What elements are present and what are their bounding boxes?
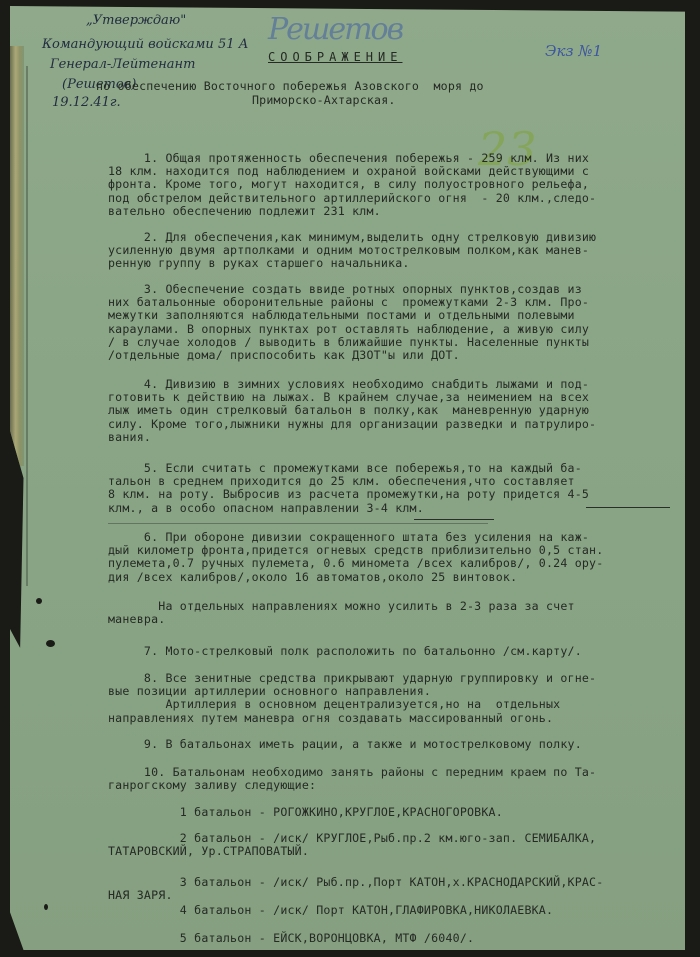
- paragraph-line: 7. Мото-стрелковый полк расположить по б…: [108, 645, 582, 658]
- text-underline: [414, 519, 494, 520]
- battalion-line: 4 батальон - /иск/ Порт КАТОН,ГЛАФИРОВКА…: [108, 904, 553, 917]
- paragraph-line: Артиллерия в основном децентрализуется,н…: [108, 698, 560, 711]
- battalion-line: ТАТАРОВСКИЙ, Ур.СТРАПОВАТЫЙ.: [108, 845, 309, 858]
- paper-hole: [44, 904, 48, 910]
- paper-hole: [36, 598, 42, 604]
- signature: Решетов: [268, 12, 402, 47]
- paragraph-line: 9. В батальонах иметь рации, а также и м…: [108, 738, 582, 751]
- text-underline: [108, 523, 488, 524]
- document-title: СООБРАЖЕНИЕ: [268, 50, 402, 64]
- battalion-line: 3 батальон - /иск/ Рыб.пр.,Порт КАТОН,х.…: [108, 876, 603, 889]
- paragraph-line: 8 клм. на роту. Выбросив из расчета пром…: [108, 488, 589, 501]
- approval-date: 19.12.41г.: [52, 94, 121, 112]
- paragraph-line: вания.: [108, 431, 151, 444]
- fold-line: [26, 66, 28, 586]
- battalion-line: НАЯ ЗАРЯ.: [108, 889, 173, 902]
- paragraph-line: направлениях путем маневра огня создават…: [108, 712, 553, 725]
- paragraph-line: клм., а в особо опасном направлении 3-4 …: [108, 502, 424, 515]
- inventory-mark: Экз №1: [545, 42, 602, 60]
- battalion-line: 5 батальон - ЕЙСК,ВОРОНЦОВКА, МТФ /6040/…: [108, 932, 474, 945]
- approval-line-3: Генерал-Лейтенант: [50, 56, 195, 74]
- paragraph-line: фронта. Кроме того, могут находится, в с…: [108, 178, 589, 191]
- battalion-line: 1 батальон - РОГОЖКИНО,КРУГЛОЕ,КРАСНОГОР…: [108, 806, 503, 819]
- paragraph-line: вательно обеспечению подлежит 231 клм.: [108, 205, 381, 218]
- paragraph-line: На отдельных направлениях можно усилить …: [108, 600, 575, 613]
- paragraph-line: дия /всех калибров/,около 16 автоматов,о…: [108, 571, 517, 584]
- text-underline: [586, 507, 670, 508]
- paragraph-line: силу. Кроме того,лыжники нужны для орган…: [108, 418, 596, 431]
- subtitle-line-1: по обеспечению Восточного побережья Азов…: [96, 80, 484, 93]
- paragraph-line: ренную группу в руках старшего начальник…: [108, 257, 410, 270]
- paragraph-line: лыж иметь один стрелковый батальон в пол…: [108, 404, 589, 417]
- approval-line-1: „Утверждаю": [86, 12, 186, 30]
- subtitle-line-2: Приморско-Ахтарская.: [252, 94, 396, 107]
- paragraph-line: ганрогскому заливу следующие:: [108, 779, 316, 792]
- paragraph-line: караулами. В опорных пунктах рот оставля…: [108, 323, 589, 336]
- paragraph-line: пулемета,0.7 ручных пулемета, 0.6 миноме…: [108, 557, 603, 570]
- paper-edge: [10, 46, 24, 466]
- approval-line-2: Командующий войсками 51 А: [42, 36, 248, 54]
- paper-hole: [46, 640, 55, 647]
- paragraph-line: межутки заполняются наблюдательными пост…: [108, 309, 575, 322]
- paragraph-line: /отдельные дома/ приспособить как ДЗОТ"ы…: [108, 349, 460, 362]
- paragraph-line: под обстрелом действительного артиллерий…: [108, 192, 596, 205]
- paragraph-line: маневра.: [108, 613, 165, 626]
